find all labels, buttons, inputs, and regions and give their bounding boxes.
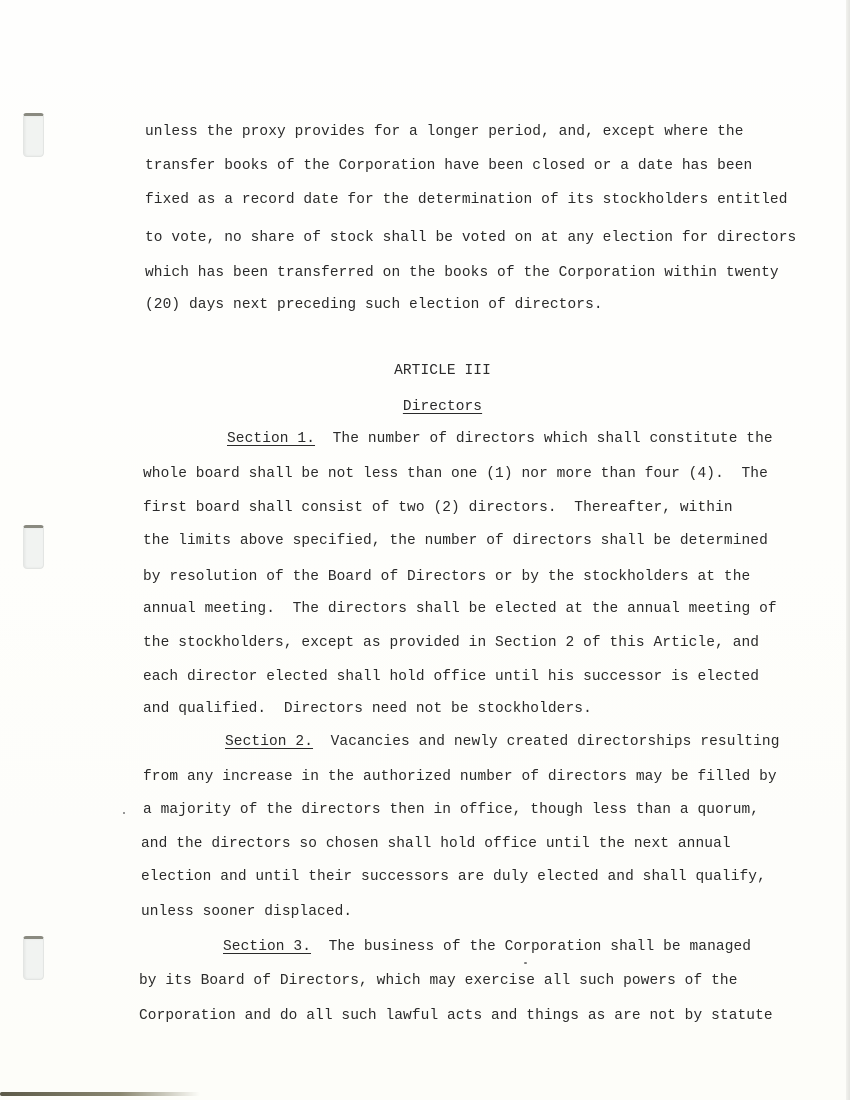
text-line: transfer books of the Corporation have b… [145,157,752,175]
article-number: ARTICLE III [0,362,850,380]
text-line: the stockholders, except as provided in … [143,634,759,652]
text-line: election and until their successors are … [141,868,766,886]
text-line: each director elected shall hold office … [143,668,759,686]
binder-hole [23,525,44,569]
text-line: and the directors so chosen shall hold o… [141,835,731,853]
section-text: The business of the Corporation shall be… [329,939,751,955]
section-text: The number of directors which shall cons… [333,431,773,447]
text-line: fixed as a record date for the determina… [145,191,788,209]
text-line: to vote, no share of stock shall be vote… [145,229,796,247]
section-first-line: Section 1. The number of directors which… [227,430,773,448]
text-line: by its Board of Directors, which may exe… [139,972,738,990]
text-line: and qualified. Directors need not be sto… [143,700,592,718]
text-line: from any increase in the authorized numb… [143,768,777,786]
section-first-line: Section 2. Vacancies and newly created d… [225,733,780,751]
text-line: Corporation and do all such lawful acts … [139,1007,773,1025]
text-line: annual meeting. The directors shall be e… [143,600,777,618]
text-line: unless the proxy provides for a longer p… [145,123,744,141]
article-title-text: Directors [403,399,482,415]
binder-hole [23,113,44,157]
binder-hole [23,936,44,980]
page-edge [846,0,850,1100]
text-line: a majority of the directors then in offi… [143,801,759,819]
section-label: Section 2. [225,734,313,750]
scan-speck [123,812,125,814]
section-text: Vacancies and newly created directorship… [331,734,780,750]
section-label: Section 1. [227,431,315,447]
text-line: by resolution of the Board of Directors … [143,568,750,586]
text-line: (20) days next preceding such election o… [145,296,603,314]
text-line: first board shall consist of two (2) dir… [143,499,733,517]
text-line: which has been transferred on the books … [145,264,779,282]
text-line: the limits above specified, the number o… [143,532,768,550]
text-line: unless sooner displaced. [141,903,352,921]
scan-shadow [0,1092,200,1096]
article-title: Directors [0,398,850,416]
section-label: Section 3. [223,939,311,955]
section-first-line: Section 3. The business of the Corporati… [223,938,751,956]
scan-speck [524,962,527,964]
text-line: whole board shall be not less than one (… [143,465,768,483]
